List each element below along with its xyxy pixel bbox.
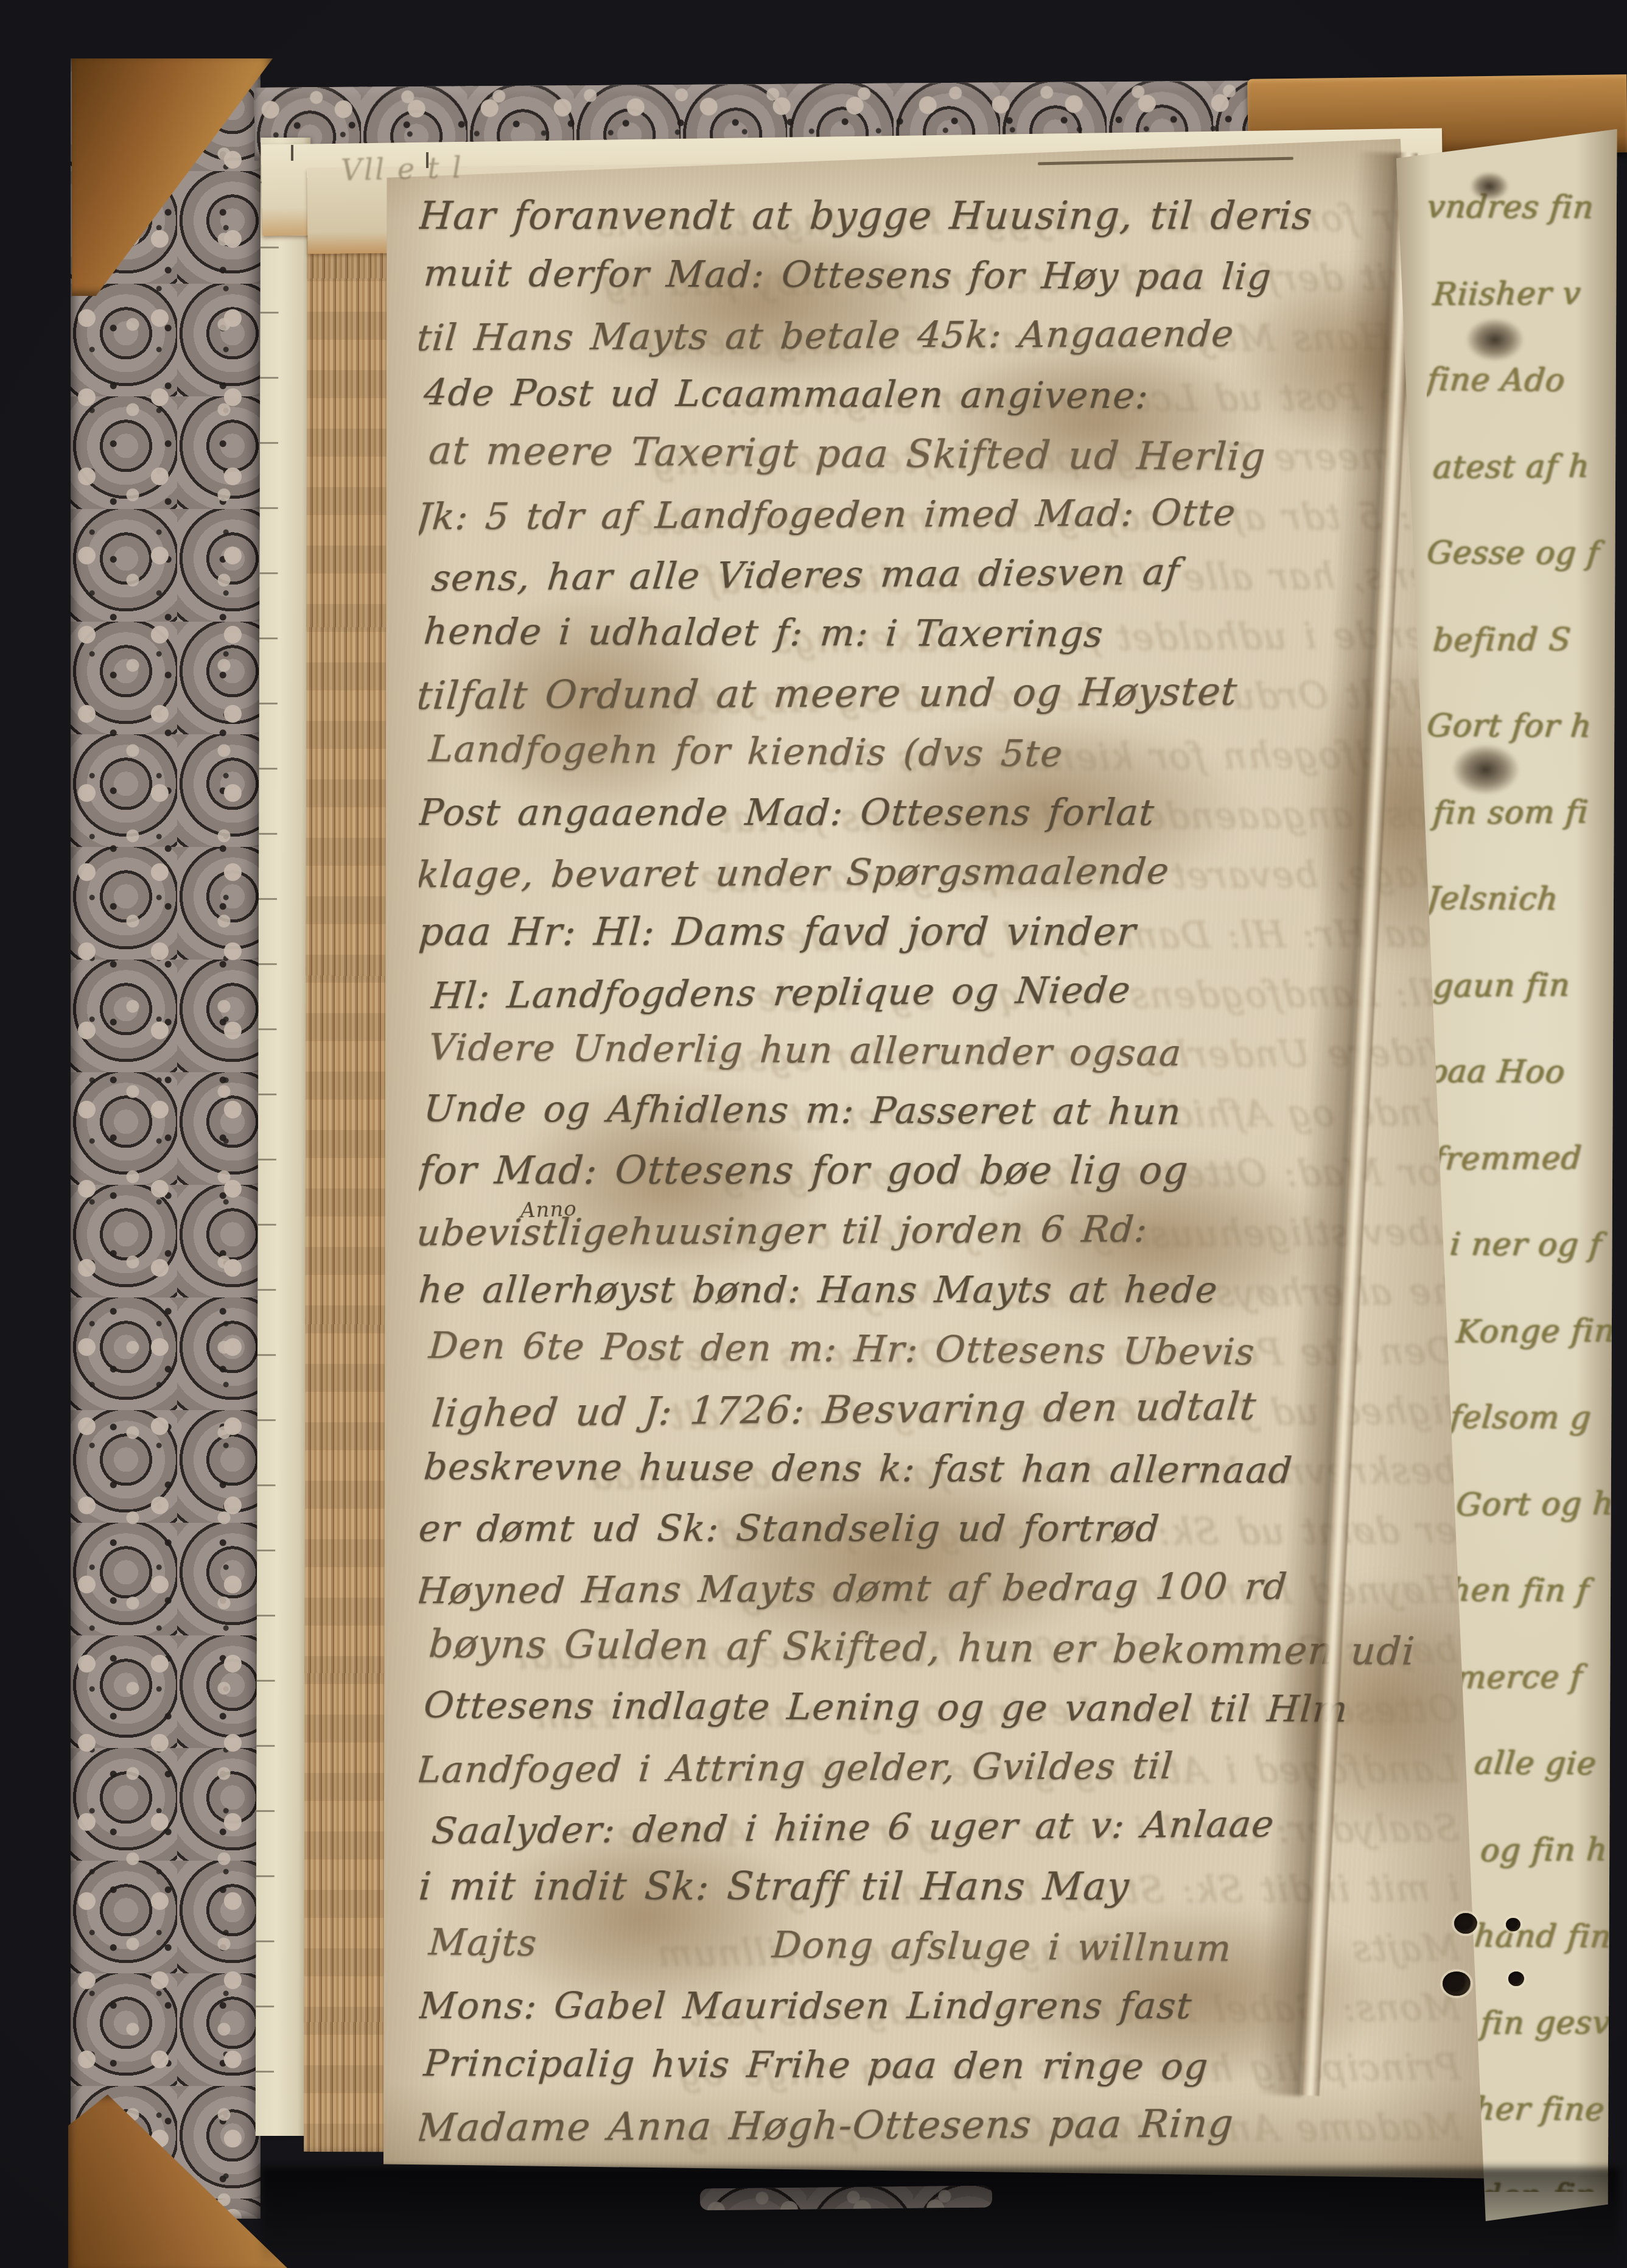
previous-page-partial-line: Vll e t l <box>340 152 463 187</box>
wormhole <box>1454 1913 1477 1934</box>
manuscript-line: Madame Anna Høgh-Ottesens paa Ring <box>419 2093 1466 2158</box>
interlinear-note: Anno <box>520 1198 577 1221</box>
photo-canvas: Vll e t l Har foranvendt at bygge Huusin… <box>0 0 1627 2268</box>
facing-page-line: Gesse og f <box>1427 510 1627 597</box>
page-edge-stack <box>304 149 397 2152</box>
facing-page-line: Konge fin <box>1453 1288 1627 1375</box>
bottom-shadow <box>262 2168 1619 2268</box>
facing-page-line: fin gesv <box>1477 1979 1627 2067</box>
manuscript-line: 4de Post ud Lcaammaalen angivene: <box>422 363 1466 427</box>
facing-page-line: fremmed <box>1430 1115 1627 1202</box>
manuscript-line: Hl: Landfogdens replique og Niede <box>429 957 1466 1026</box>
facing-page-line: i ner og f <box>1446 1201 1627 1289</box>
manuscript-line: paa Hr: Hl: Dams favd jord vinder <box>419 902 1466 962</box>
facing-page-line: hand fin <box>1470 1893 1627 1980</box>
manuscript-line: til Hans Mayts at betale 45k: Angaaende <box>419 303 1466 368</box>
overline-stroke <box>1038 157 1293 166</box>
manuscript-line: Landfogehn for kiendis (dvs 5te <box>427 719 1466 787</box>
manuscript-line: at meere Taxerigt paa Skifted ud Herlig <box>427 421 1466 489</box>
facing-page-line: Jelsnich <box>1427 855 1627 943</box>
facing-page-line: og fin h <box>1477 1806 1627 1894</box>
ink-blot <box>1452 744 1520 795</box>
facing-page-line: vndres fin <box>1427 164 1627 251</box>
facing-page-line: merce f <box>1453 1634 1627 1721</box>
manuscript-line: klage, bevaret under Spørgsmaalende <box>419 840 1466 905</box>
facing-page-line: felsom g <box>1446 1374 1627 1462</box>
ink-blot <box>1470 172 1509 201</box>
facing-page-line: Gort og h <box>1453 1461 1627 1548</box>
manuscript-line: Post angaaende Mad: Ottesens forlat <box>419 783 1466 843</box>
manuscript-line: Jk: 5 tdr af Landfogeden imed Mad: Otte <box>419 482 1466 547</box>
manuscript-line: hende i udhaldet f: m: i Taxerings <box>422 602 1466 666</box>
facing-page-line: alle gie <box>1470 1720 1627 1807</box>
facing-page-line: fine Ado <box>1427 337 1627 424</box>
wormhole <box>1506 1918 1520 1931</box>
facing-page-line: atest af h <box>1430 423 1627 511</box>
facing-page-line: Riisher v <box>1430 250 1627 338</box>
manuscript-line: Har foranvendt at bygge Huusing, til der… <box>419 186 1466 246</box>
wormhole <box>1443 1971 1471 1996</box>
sewing-guard-strip <box>256 138 311 2136</box>
wormhole <box>1508 1971 1524 1986</box>
manuscript-line: muit derfor Mad: Ottesens for Høy paa li… <box>422 244 1466 308</box>
manuscript-line: sens, har alle Videres maa diesven af <box>429 539 1466 608</box>
facing-page-line: her fine <box>1470 2066 1627 2153</box>
manuscript-line: tilfalt Ordund at meere und og Høystet <box>419 661 1466 726</box>
facing-page-line: befind S <box>1430 596 1627 684</box>
facing-page-line: hen fin f <box>1446 1547 1627 1635</box>
marbled-board-left <box>71 58 261 2219</box>
ink-blot <box>1466 318 1524 362</box>
facing-page-line: paa Hoo <box>1427 1028 1627 1116</box>
binding-tick-mark <box>291 145 293 161</box>
facing-page-line: gaun fin <box>1430 942 1627 1030</box>
